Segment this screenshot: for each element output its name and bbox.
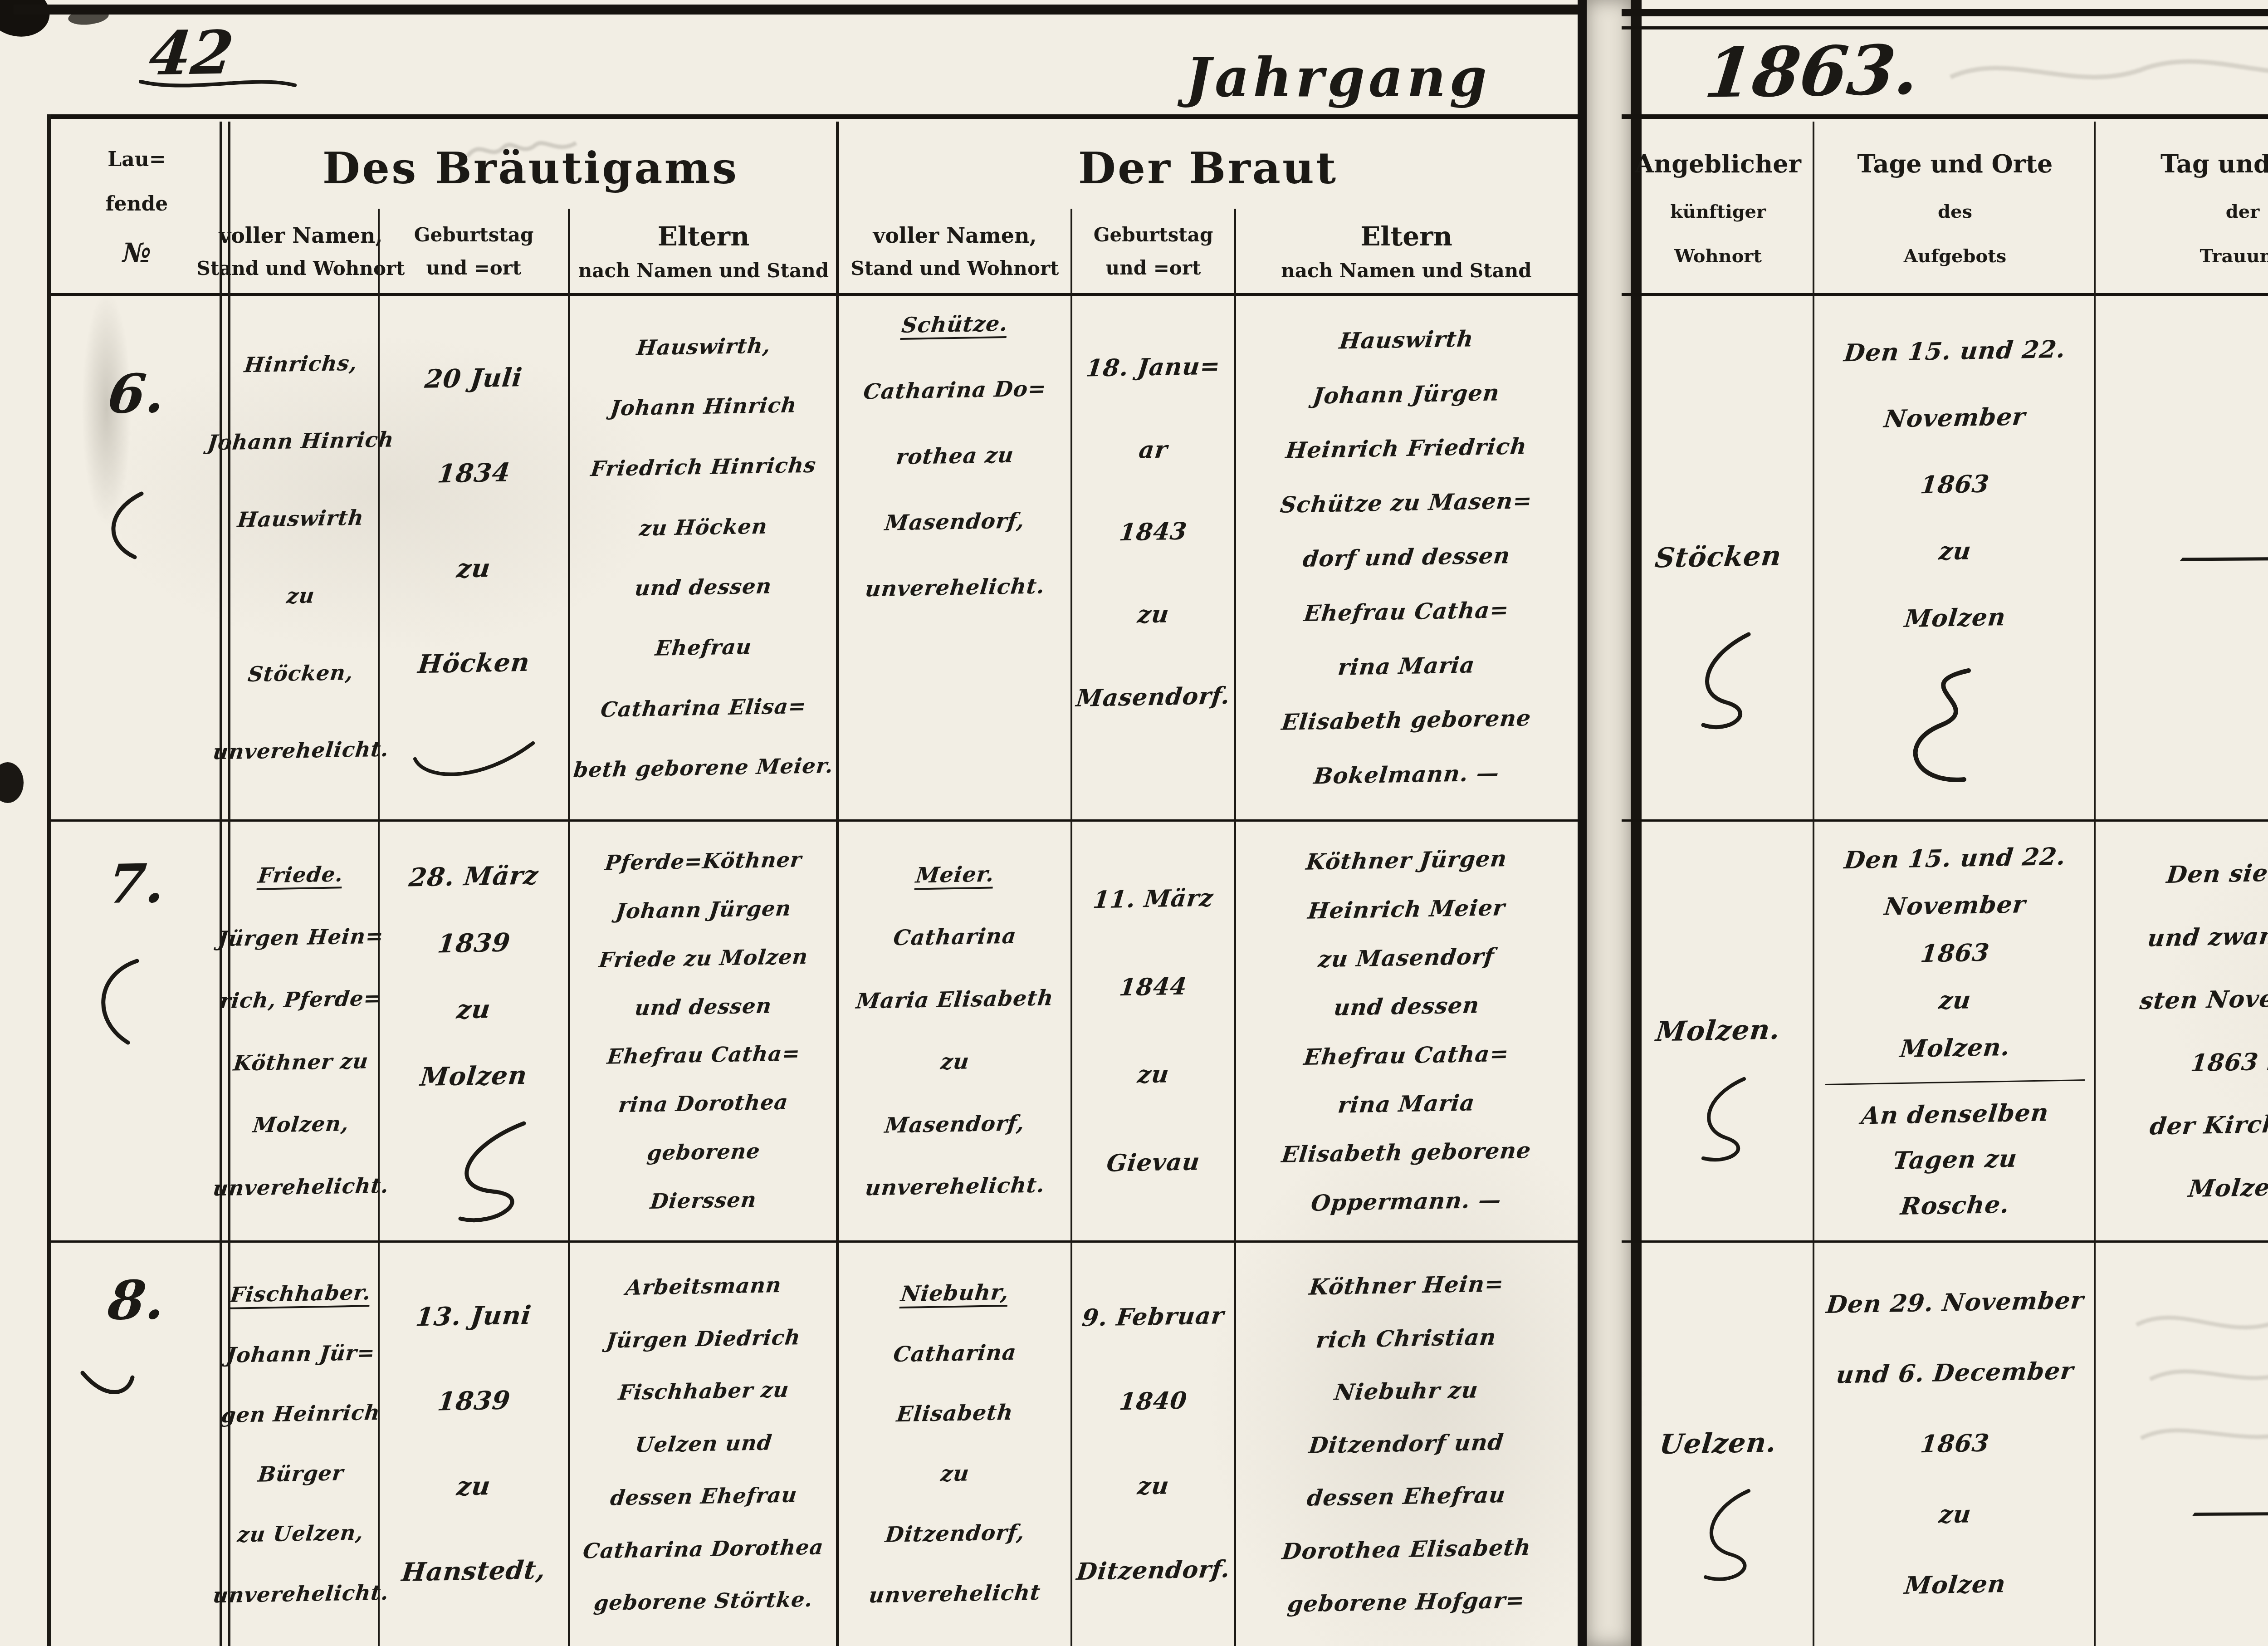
scan-edge-smudge <box>0 762 24 803</box>
header-aufgebot: Tage und OrtedesAufgebots <box>1814 122 2096 294</box>
entry-1-wohnort: Stöcken <box>1622 294 1814 820</box>
entry-3-trauung: — <box>2096 1241 2268 1646</box>
entry-1-bride-birth: 18. Janu=ar1843zuMasendorf. <box>1071 294 1235 820</box>
aufgebot-paraph <box>1887 666 1996 793</box>
entry-3-bride-name: Niebuhr,CatharinaElisabethzuDitzendorf,u… <box>838 1241 1071 1646</box>
entry-3-aufgebot: Den 29. Novemberund 6. December1863zuMol… <box>1814 1241 2096 1646</box>
header-groom-group: Des Bräutigams <box>223 127 838 209</box>
left-page-title: Jahrgang <box>1111 45 1565 109</box>
entry-3-groom-parents: ArbeitsmannJürgen DiedrichFischhaber zuU… <box>569 1241 838 1646</box>
left-page-top-rule <box>14 5 1578 15</box>
right-page-top-rule2 <box>1622 26 2268 29</box>
entry-1-groom-name: Hinrichs,Johann HinrichHauswirthzuStöcke… <box>223 294 379 820</box>
birth-flourish <box>406 734 542 784</box>
page-number: 42 <box>146 17 237 89</box>
right-page-top-rule <box>1622 9 2268 16</box>
header-groom-parents: Elternnach Namen und Stand <box>569 209 838 294</box>
entry-3-number-value: 8. <box>105 1268 168 1332</box>
number-flourish <box>78 1359 137 1409</box>
entry-1-aufgebot: Den 15. und 22.November1863zuMolzen <box>1814 294 2096 820</box>
entry-3-wohnort: Uelzen. <box>1622 1241 1814 1646</box>
left-header-top-rule <box>51 114 1578 119</box>
entry-2-groom-parents: Pferde=KöthnerJohann JürgenFriede zu Mol… <box>569 820 838 1241</box>
entry-2-wohnort: Molzen. <box>1622 820 1814 1241</box>
entry-1-bride-parents: HauswirthJohann JürgenHeinrich Friedrich… <box>1235 294 1578 820</box>
register-scan: 42 Jahrgang Lau=fende№ Des Bräutigams De… <box>0 0 2268 1646</box>
number-flourish <box>92 489 151 562</box>
header-bride-parents: Elternnach Namen und Stand <box>1235 209 1578 294</box>
entry-2-groom-name: Friede.Jürgen Hein=rich, Pferde=Köthner … <box>223 820 379 1241</box>
entry-1-trauung: — <box>2096 294 2268 820</box>
header-bride-birth: Geburtstagund =ort <box>1071 209 1235 294</box>
wohnort-flourish <box>1681 1074 1758 1165</box>
entry-2-number-value: 7. <box>105 852 168 916</box>
year-label: 1863. <box>1701 30 1923 113</box>
header-groom-birth: Geburtstagund =ort <box>379 209 569 294</box>
right-header-top-rule <box>1622 114 2268 119</box>
entry-2-number: 7. <box>51 820 223 1241</box>
entry-3-groom-name: Fischhaber.Johann Jür=gen HeinrichBürger… <box>223 1241 379 1646</box>
wohnort-flourish <box>1676 630 1767 734</box>
entry-1-groom-birth: 20 Juli1834zuHöcken <box>379 294 569 820</box>
birth-flourish <box>429 1119 547 1228</box>
number-flourish <box>83 956 146 1047</box>
wohnort-flourish <box>1681 1486 1762 1586</box>
ink-bleed <box>1941 41 2268 100</box>
header-groom-name: voller Namen,Stand und Wohnort <box>223 209 379 294</box>
entry-1-bride-name: Schütze.Catharina Do=rothea zuMasendorf,… <box>838 294 1071 820</box>
entry-2-bride-name: Meier.CatharinaMaria ElisabethzuMasendor… <box>838 820 1071 1241</box>
header-bride-group: Der Braut <box>838 127 1578 209</box>
entry-2-groom-birth: 28. März1839zuMolzen <box>379 820 569 1241</box>
entry-3-bride-parents: Köthner Hein=rich ChristianNiebuhr zuDit… <box>1235 1241 1578 1646</box>
entry-2-aufgebot: Den 15. und 22.November1863zuMolzen. An … <box>1814 820 2096 1241</box>
entry-3-number: 8. <box>51 1241 223 1646</box>
entry-3-bride-birth: 9. Februar1840zuDitzendorf. <box>1071 1241 1235 1646</box>
entry-2-aufgebot-dates: Den 15. und 22.November1863zuMolzen. <box>1820 825 2090 1082</box>
entry-3-groom-birth: 13. Juni1839zuHanstedt, <box>379 1241 569 1646</box>
header-bride-name: voller Namen,Stand und Wohnort <box>838 209 1071 294</box>
entry-1-groom-parents: Hauswirth,Johann HinrichFriedrich Hinric… <box>569 294 838 820</box>
entry-2-trauung: Den siebenund zwanzig=sten November1863 … <box>2096 820 2268 1241</box>
entry-1-number-value: 6. <box>105 362 168 426</box>
header-wohnort: AngeblicherkünftigerWohnort <box>1622 122 1814 294</box>
header-trauung: Tag und OrtderTrauung <box>2096 122 2268 294</box>
entry-2-bride-birth: 11. März1844zuGievau <box>1071 820 1235 1241</box>
entry-1-number: 6. <box>51 294 223 820</box>
entry-2-aufgebot-note: An denselbenTagen zuRosche. <box>1820 1083 2090 1237</box>
entry-2-bride-parents: Köthner JürgenHeinrich Meierzu Masendorf… <box>1235 820 1578 1241</box>
